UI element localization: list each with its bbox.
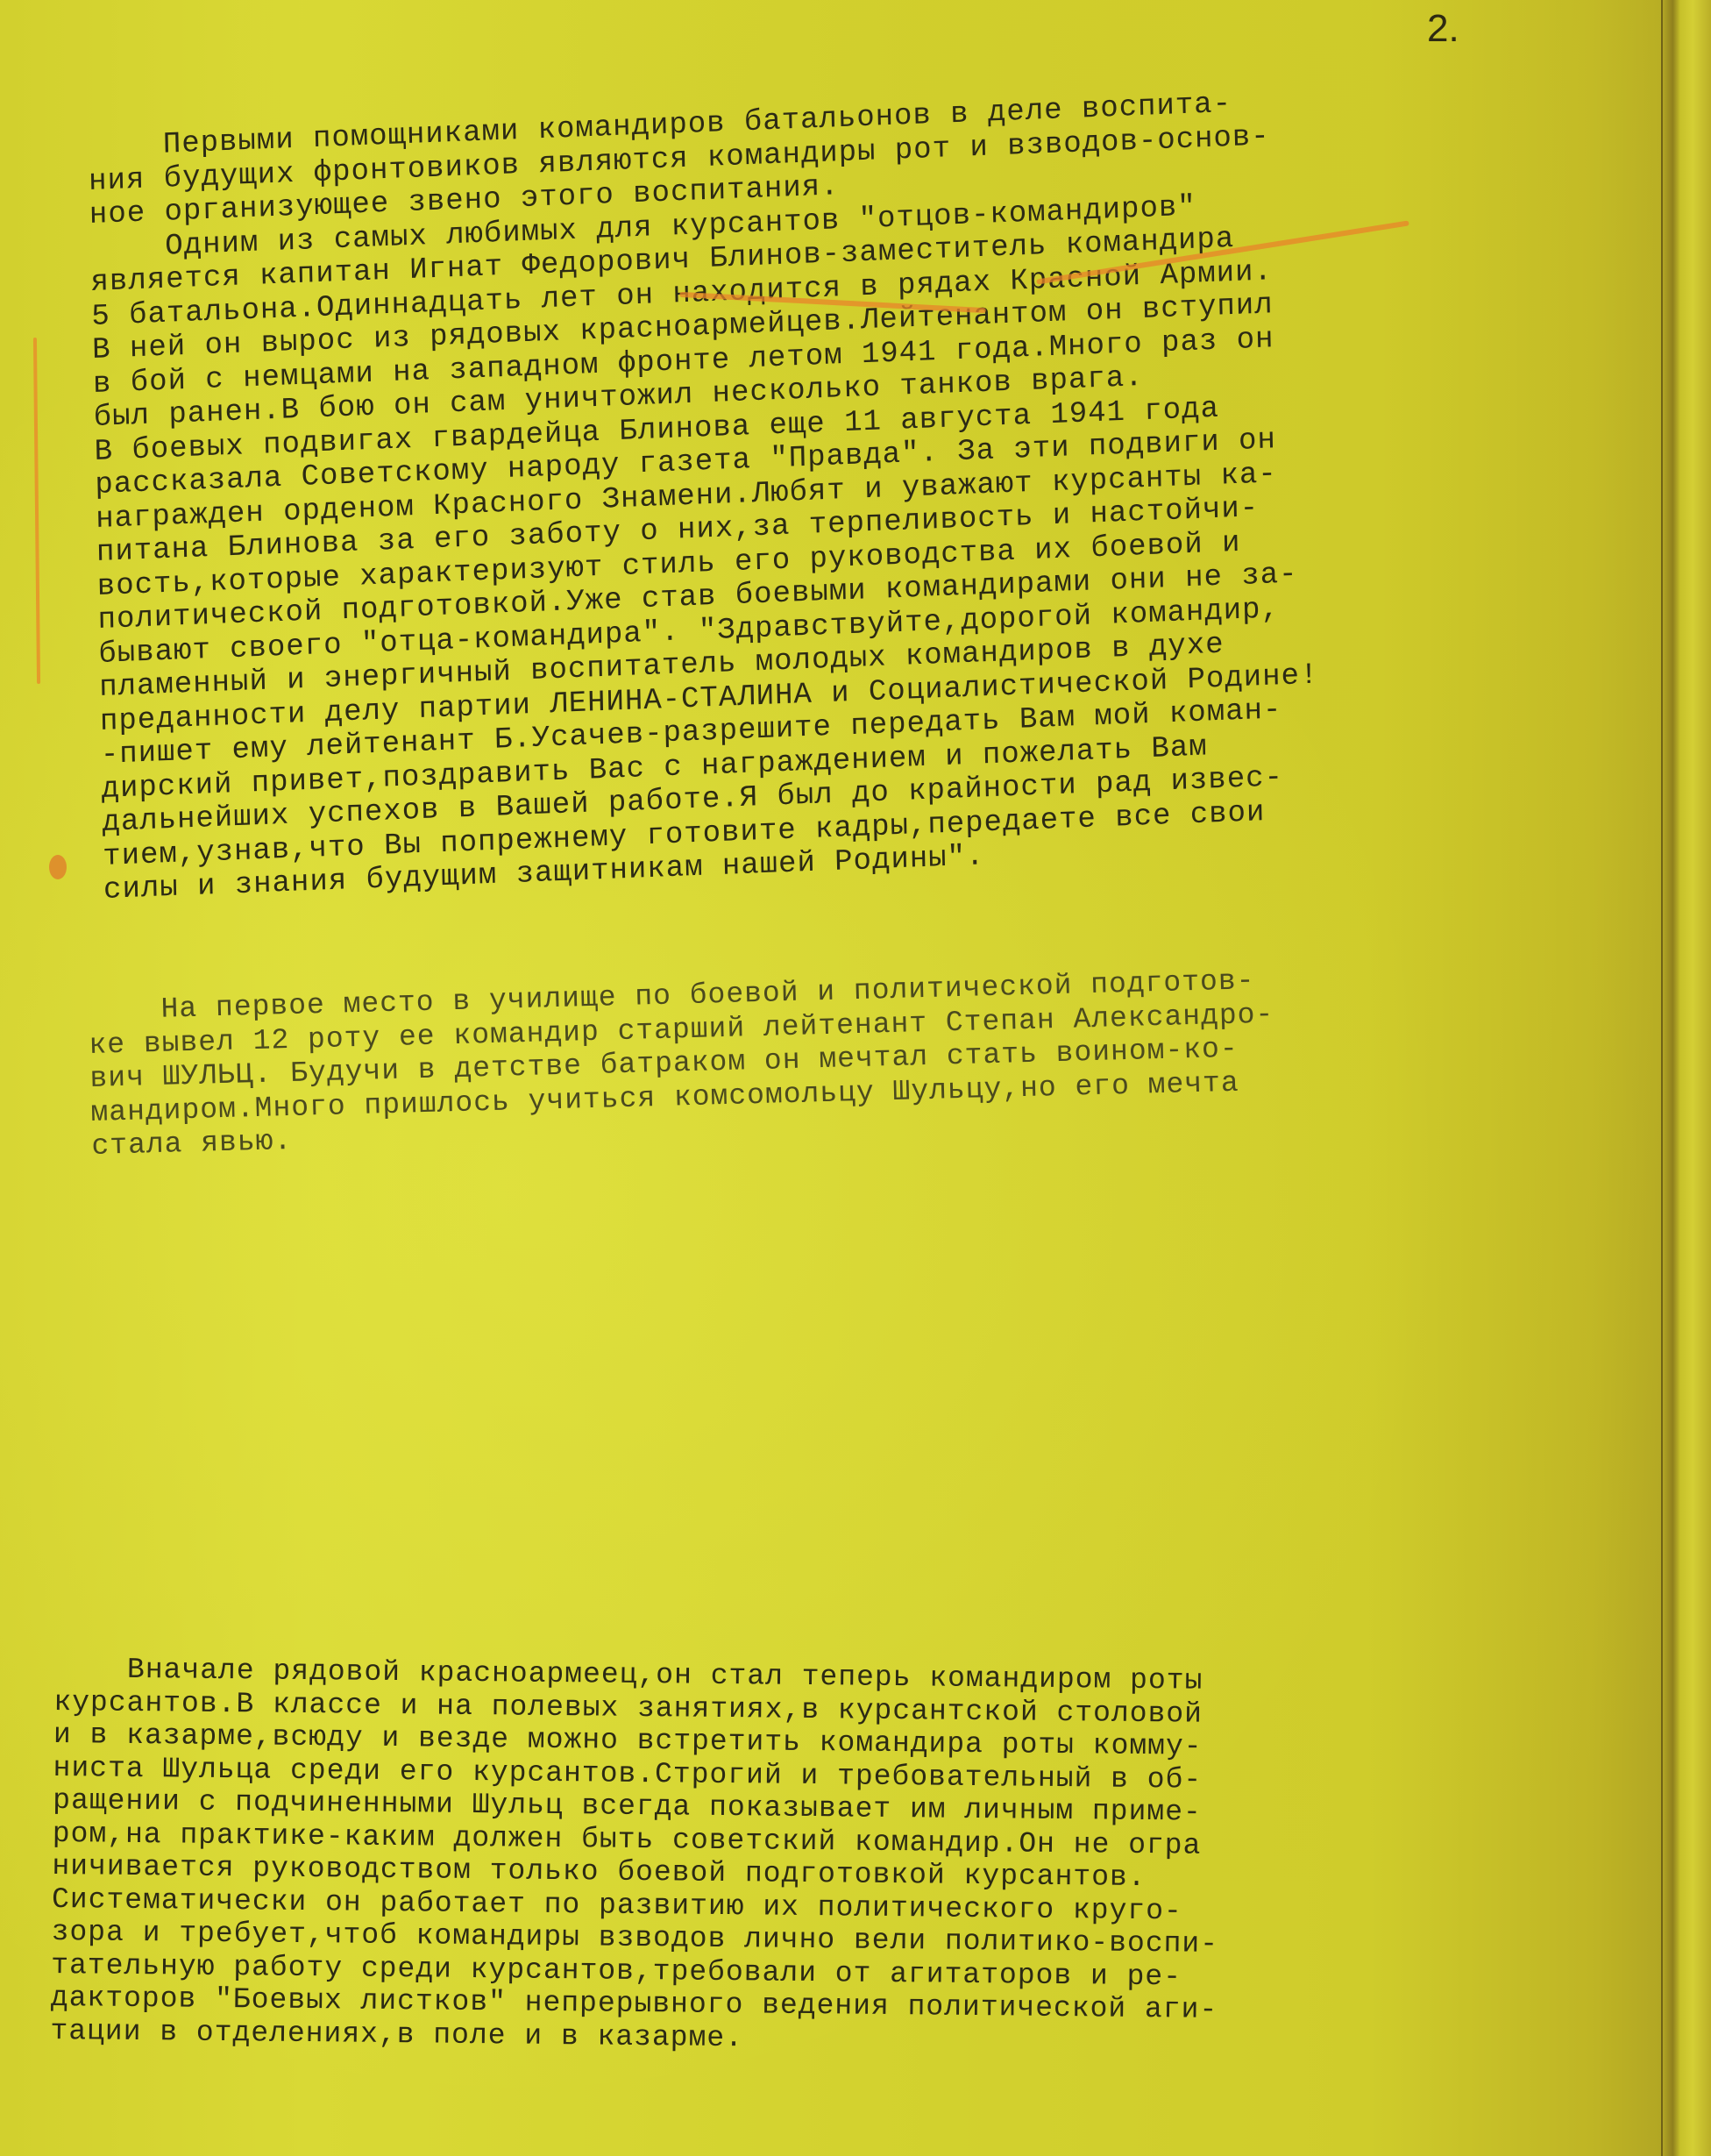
paragraph-battalion-commanders: Первыми помощниками командиров батальоно… <box>88 85 1323 908</box>
page-binding-edge <box>1661 0 1711 2156</box>
page-number: 2. <box>1427 7 1459 51</box>
paragraph-schulz-commander: Вначале рядовой красноармеец,он стал теп… <box>50 1653 1221 2060</box>
paragraph-company-12: На первое место в училище по боевой и по… <box>88 964 1277 1164</box>
pencil-dot-mark <box>49 855 67 879</box>
